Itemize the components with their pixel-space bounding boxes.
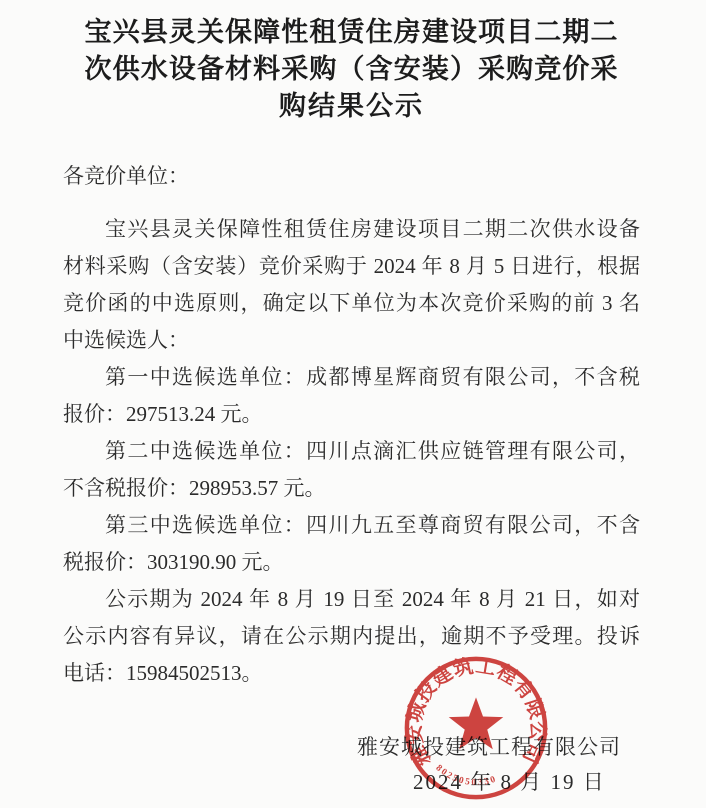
paragraph-line: 不含税报价：298953.57 元。 — [63, 470, 640, 507]
paragraph-line: 竞价函的中选原则，确定以下单位为本次竞价采购的前 3 名 — [63, 285, 640, 322]
paragraph-line: 材料采购（含安装）竞价采购于 2024 年 8 月 5 日进行，根据 — [63, 248, 640, 285]
document-content: 宝兴县灵关保障性租赁住房建设项目二期二 次供水设备材料采购（含安装）采购竞价采 … — [63, 0, 640, 692]
paragraph-line: 中选候选人： — [63, 322, 640, 359]
paragraph-candidate-3: 第三中选候选单位：四川九五至尊商贸有限公司，不含 税报价：303190.90 元… — [63, 507, 640, 581]
paragraph-intro: 宝兴县灵关保障性租赁住房建设项目二期二次供水设备 材料采购（含安装）竞价采购于 … — [63, 211, 640, 359]
document-title: 宝兴县灵关保障性租赁住房建设项目二期二 次供水设备材料采购（含安装）采购竞价采 … — [85, 14, 619, 125]
document-body: 各竞价单位： 宝兴县灵关保障性租赁住房建设项目二期二次供水设备 材料采购（含安装… — [63, 158, 640, 692]
paragraph-line: 电话：15984502513。 — [63, 655, 640, 692]
paragraph-line: 第一中选候选单位：成都博星辉商贸有限公司，不含税 — [63, 359, 640, 396]
paragraph-line: 公示内容有异议，请在公示期内提出，逾期不予受理。投诉 — [63, 618, 640, 655]
title-line: 次供水设备材料采购（含安装）采购竞价采 — [85, 51, 619, 88]
document-page: 宝兴县灵关保障性租赁住房建设项目二期二 次供水设备材料采购（含安装）采购竞价采 … — [0, 0, 706, 808]
paragraph-line: 公示期为 2024 年 8 月 19 日至 2024 年 8 月 21 日，如对 — [63, 581, 640, 618]
title-line: 宝兴县灵关保障性租赁住房建设项目二期二 — [85, 14, 619, 51]
paragraph-line: 宝兴县灵关保障性租赁住房建设项目二期二次供水设备 — [63, 211, 640, 248]
signature-company: 雅安城投建筑工程有限公司 — [357, 731, 621, 761]
paragraph-line: 第二中选候选单位：四川点滴汇供应链管理有限公司， — [63, 433, 640, 470]
paragraph-line: 第三中选候选单位：四川九五至尊商贸有限公司，不含 — [63, 507, 640, 544]
paragraph-line: 报价：297513.24 元。 — [63, 396, 640, 433]
paragraph-candidate-2: 第二中选候选单位：四川点滴汇供应链管理有限公司， 不含税报价：298953.57… — [63, 433, 640, 507]
signature-date: 2024 年 8 月 19 日 — [413, 766, 606, 796]
paragraph-line: 税报价：303190.90 元。 — [63, 544, 640, 581]
paragraph-candidate-1: 第一中选候选单位：成都博星辉商贸有限公司，不含税 报价：297513.24 元。 — [63, 359, 640, 433]
greeting-line: 各竞价单位： — [63, 158, 640, 195]
title-line: 购结果公示 — [85, 88, 619, 125]
paragraph-publicity-period: 公示期为 2024 年 8 月 19 日至 2024 年 8 月 21 日，如对… — [63, 581, 640, 692]
